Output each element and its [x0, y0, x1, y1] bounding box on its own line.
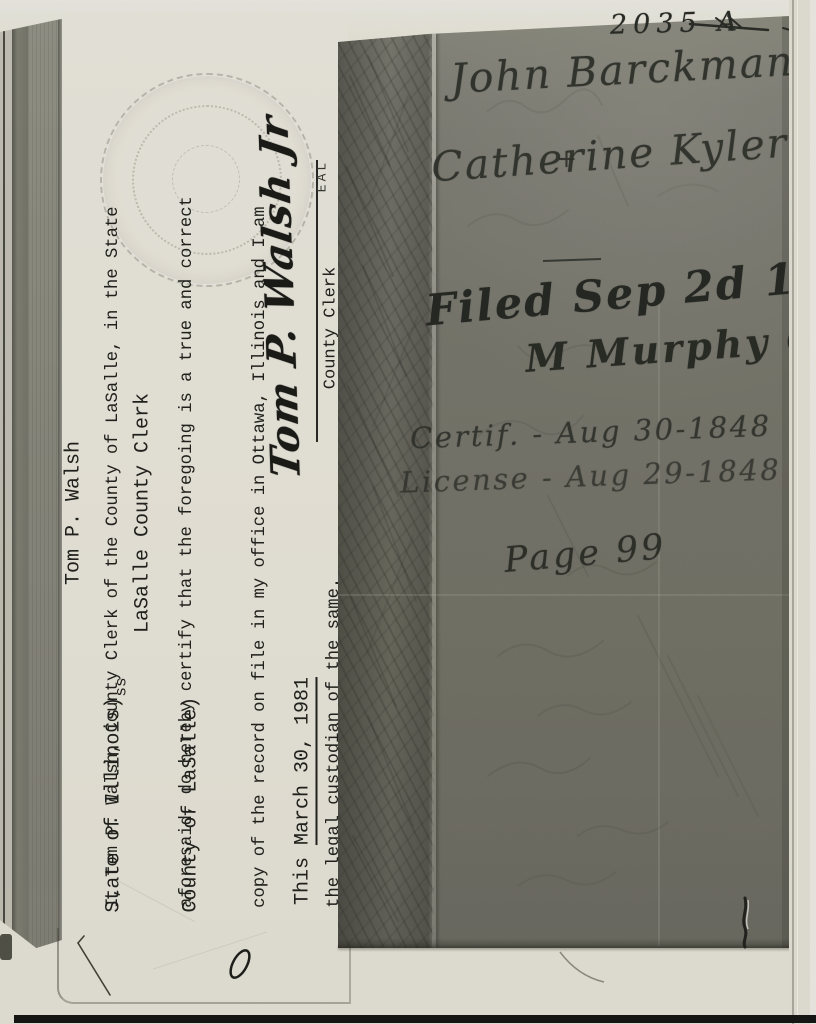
record-cover-page: [338, 16, 790, 948]
signature-title: County Clerk: [322, 267, 341, 389]
right-margin-crease: [792, 0, 794, 1024]
pen-zero-mark: [222, 944, 258, 986]
binding-edge-line: [3, 18, 5, 948]
date-prefix: This: [292, 845, 315, 905]
right-margin-crease-highlight: [797, 0, 798, 1024]
signature-rule: [316, 160, 318, 442]
cert-line2: aforesaid, do hereby certify that the fo…: [175, 196, 200, 908]
staple: [734, 896, 754, 950]
hair-line-mark: [558, 950, 608, 986]
seal-fragment-text: EAL: [315, 160, 330, 192]
right-page-edge: [810, 0, 816, 1024]
date-value: March 30, 1981: [292, 677, 318, 845]
scanned-document: { "document": { "left_page": { "clerk_bl…: [0, 0, 816, 1024]
cert-line1: I, Tom P. Walsh, County Clerk of the Cou…: [102, 196, 127, 908]
binding-blotch: [0, 934, 12, 960]
pen-stroke-mark: [68, 933, 120, 1001]
date-line: This March 30, 1981: [292, 677, 315, 905]
bottom-black-bar: [14, 1015, 816, 1023]
ghost-writing-layer: [338, 16, 790, 948]
